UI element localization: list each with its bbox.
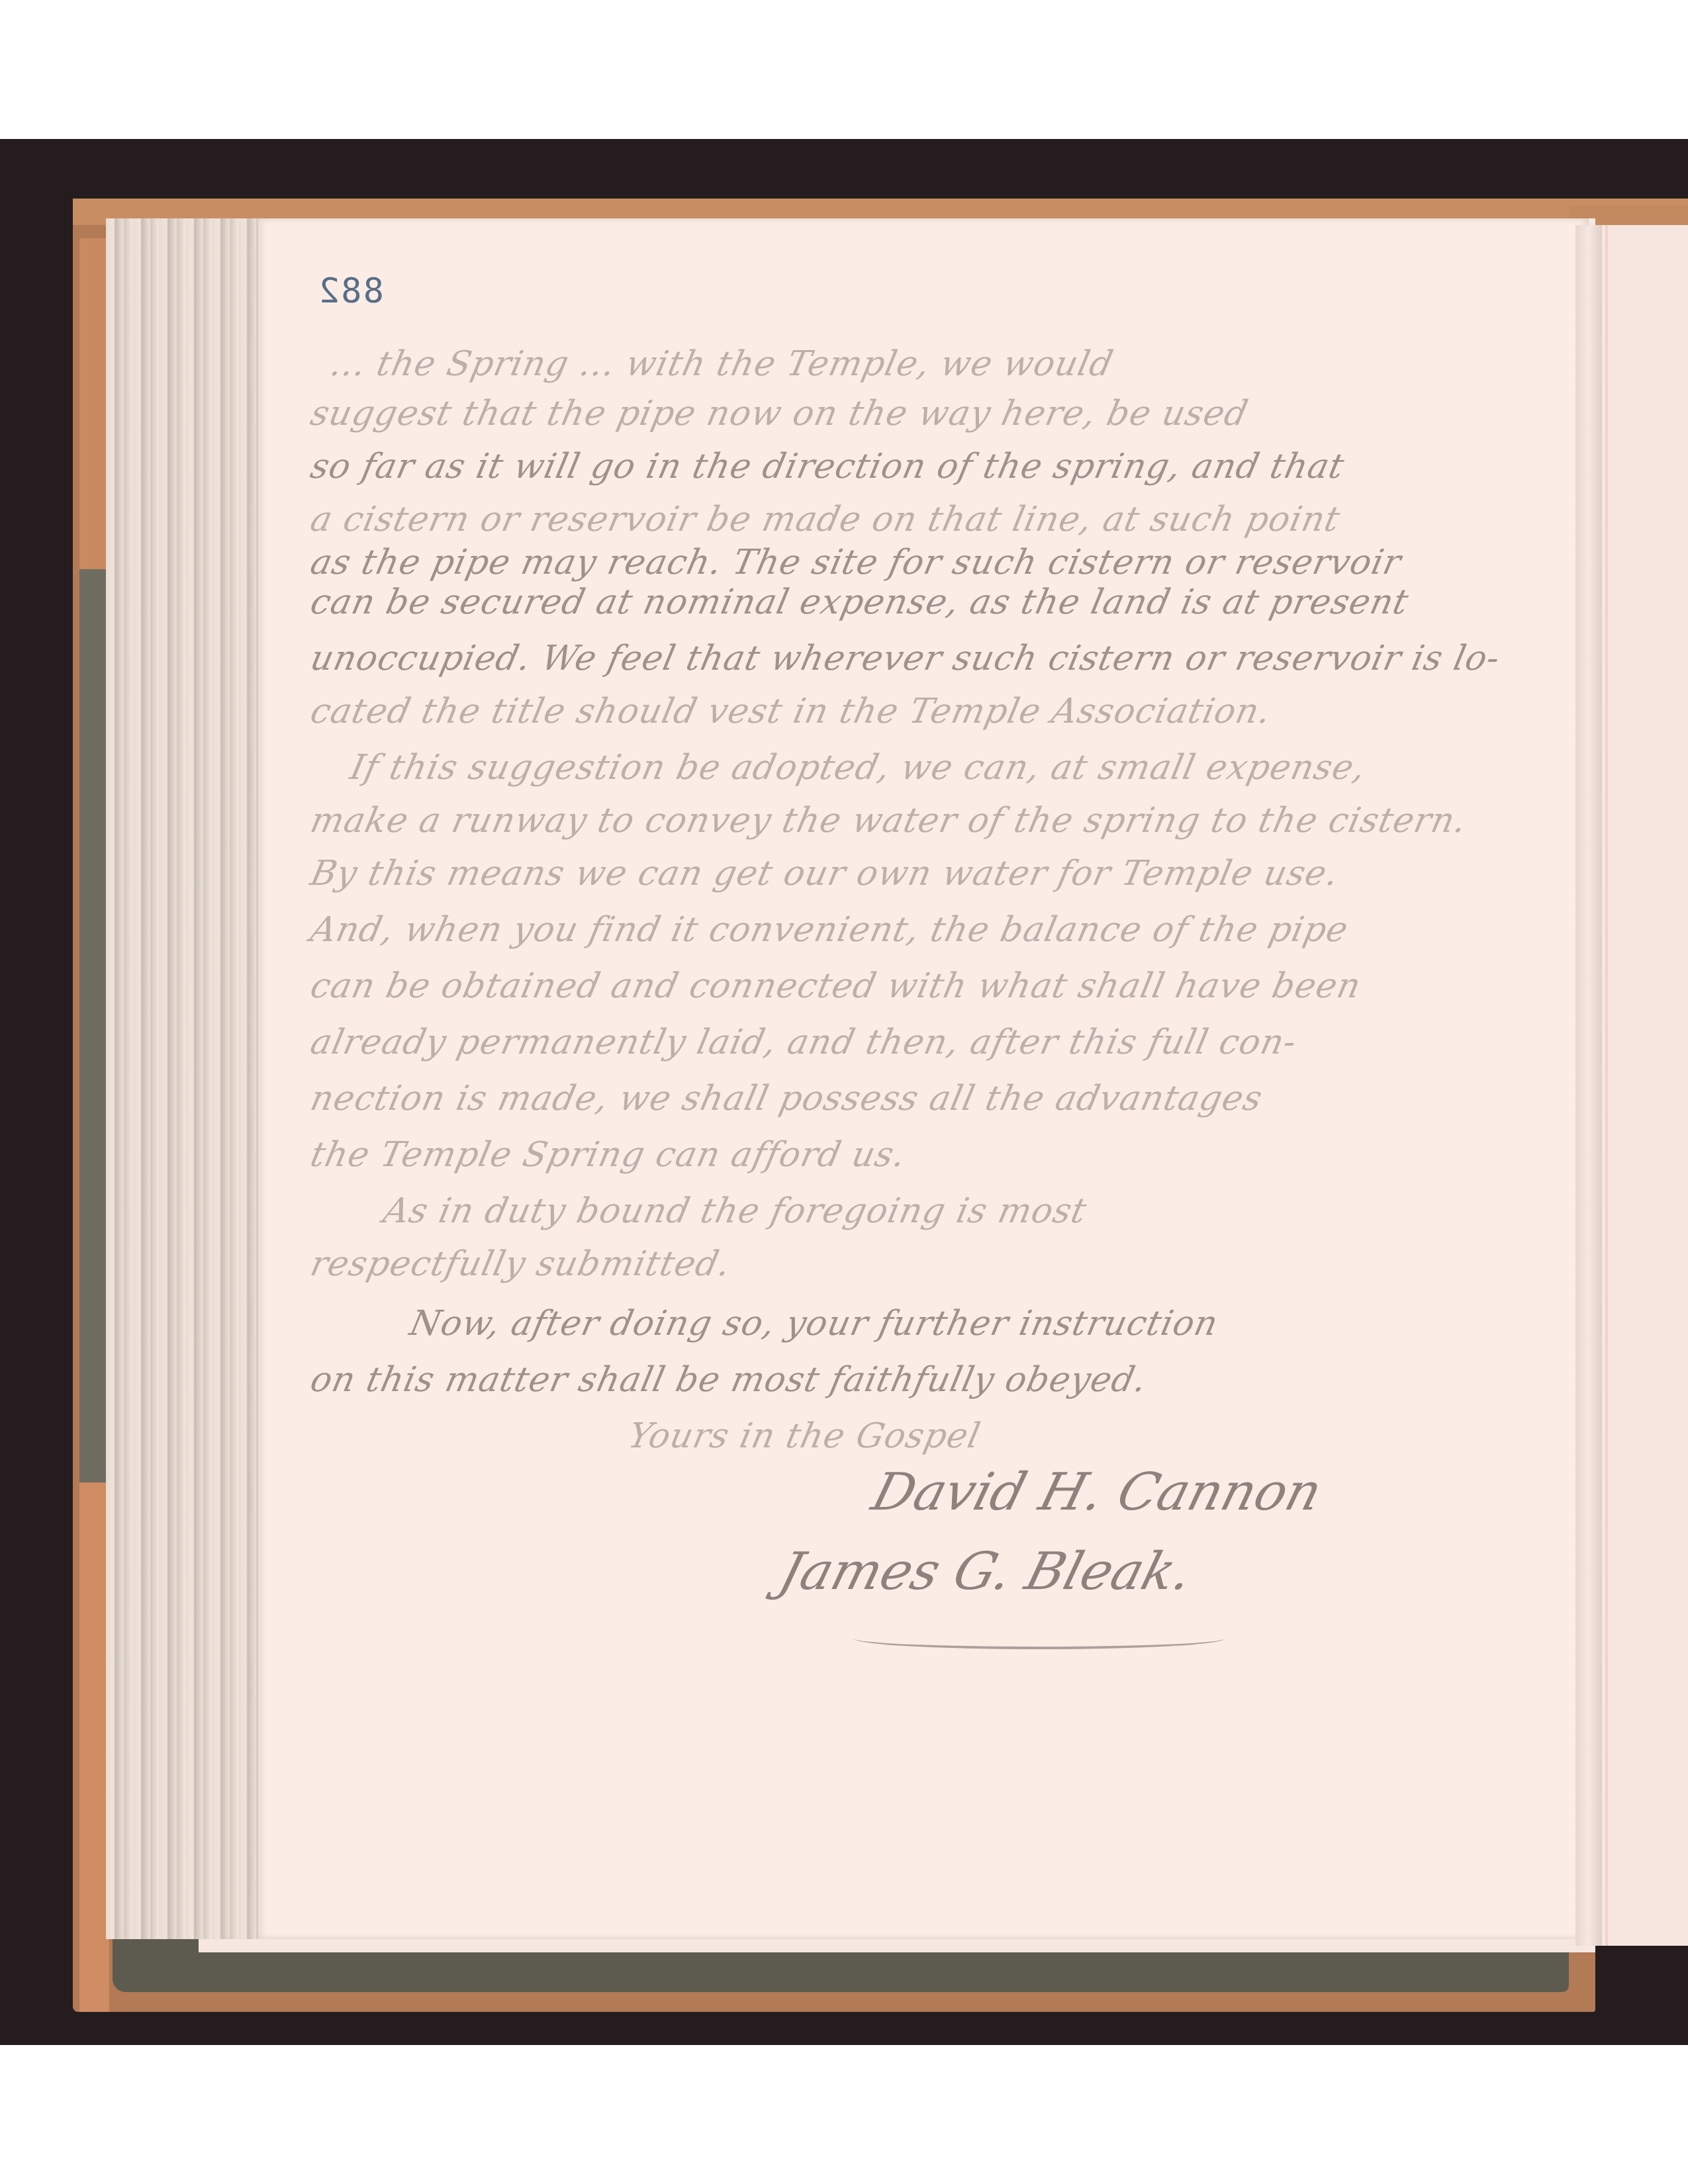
text-line: respectfully submitted.	[307, 1244, 735, 1284]
right-page-edge	[1605, 225, 1608, 1946]
right-page	[1602, 225, 1688, 1946]
text-line: unoccupied. We feel that wherever such c…	[307, 639, 1504, 678]
spine-cloth	[79, 569, 106, 1482]
text-line: the Temple Spring can afford us.	[307, 1135, 910, 1175]
page-number: 882	[318, 271, 384, 311]
text-line: so far as it will go in the direction of…	[307, 447, 1348, 486]
text-line: can be secured at nominal expense, as th…	[307, 582, 1413, 622]
closing-line: Yours in the Gospel	[625, 1416, 984, 1456]
text-line: Now, after doing so, your further instru…	[406, 1304, 1222, 1343]
text-line: By this means we can get our own water f…	[307, 854, 1342, 893]
text-line: as the pipe may reach. The site for such…	[307, 543, 1405, 582]
text-line: If this suggestion be adopted, we can, a…	[347, 748, 1370, 788]
text-line: As in duty bound the foregoing is most	[380, 1191, 1091, 1231]
text-line: on this matter shall be most faithfully …	[307, 1360, 1150, 1400]
signature-flourish	[854, 1628, 1225, 1649]
text-line: can be obtained and connected with what …	[307, 966, 1365, 1006]
text-line: suggest that the pipe now on the way her…	[307, 394, 1252, 433]
text-line: already permanently laid, and then, afte…	[307, 1023, 1301, 1062]
spine-corner-bottom	[79, 1482, 109, 2012]
text-line: a cistern or reservoir be made on that l…	[307, 500, 1344, 539]
book-gutter	[1575, 225, 1602, 1946]
signature-james-g-bleak: James G. Bleak.	[773, 1542, 1199, 1602]
text-line: And, when you find it convenient, the ba…	[307, 910, 1352, 950]
spine-corner-top	[79, 238, 106, 569]
text-line: cated the title should vest in the Templ…	[307, 692, 1275, 731]
text-line: ... the Spring ... with the Temple, we w…	[327, 344, 1117, 384]
text-line: nection is made, we shall possess all th…	[307, 1079, 1266, 1118]
page-edges-stack	[106, 218, 265, 1939]
text-line: make a runway to convey the water of the…	[307, 801, 1471, 841]
signature-david-h-cannon: David H. Cannon	[866, 1463, 1328, 1522]
